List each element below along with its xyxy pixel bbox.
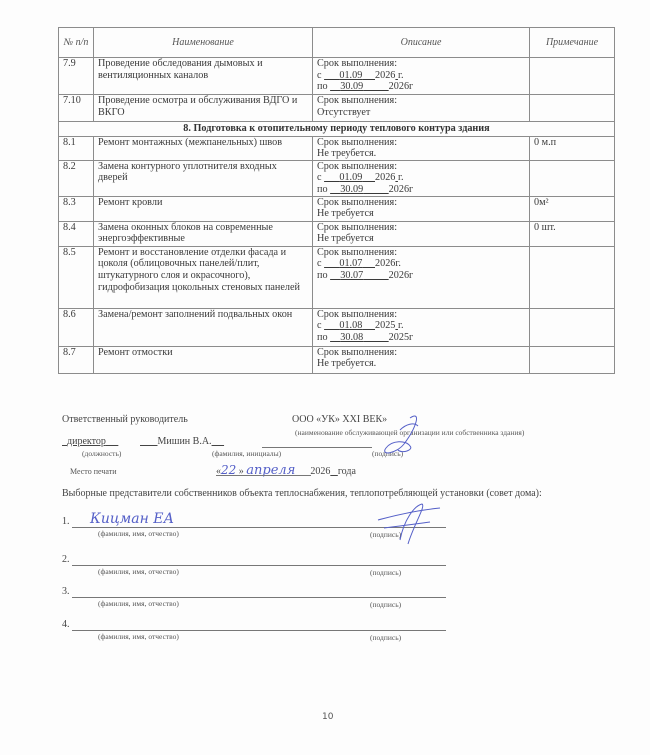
deadline-label: Срок выполнения: xyxy=(317,222,525,234)
table-header-row: № п/п Наименование Описание Примечание xyxy=(59,28,615,58)
section-row: 8. Подготовка к отопительному периоду те… xyxy=(59,122,615,137)
header-note: Примечание xyxy=(530,28,615,58)
row-description: Срок выполнения:с 01.09 2026 г.по 30.09 … xyxy=(313,160,530,196)
member-name-caption: (фамилия, имя, отчество) xyxy=(98,599,179,608)
member-name-line xyxy=(72,630,344,631)
row-number: 8.5 xyxy=(59,246,94,308)
table-row: 8.3Ремонт кровлиСрок выполнения:Не требу… xyxy=(59,196,615,221)
row-note xyxy=(530,308,615,346)
table-row: 7.9Проведение обследования дымовых и вен… xyxy=(59,58,615,95)
deadline-label: Срок выполнения: xyxy=(317,161,525,173)
table-row: 8.4Замена оконных блоков на современные … xyxy=(59,221,615,246)
deadline-text: Отсутствует xyxy=(317,107,525,119)
deadline-to: по 30.09 2026г xyxy=(317,184,525,196)
member-signature-line xyxy=(342,565,446,566)
header-description: Описание xyxy=(313,28,530,58)
council-signature-icon xyxy=(370,500,450,550)
position-value: директор xyxy=(62,436,118,447)
member-index: 2. xyxy=(62,554,70,565)
name-caption: (фамилия, инициалы) xyxy=(212,449,281,458)
member-signature-line xyxy=(342,630,446,631)
row-number: 8.6 xyxy=(59,308,94,346)
table-row: 8.1Ремонт монтажных (межпанельных) швовС… xyxy=(59,136,615,160)
row-description: Срок выполнения:с 01.08 2025 г.по 30.08 … xyxy=(313,308,530,346)
row-number: 8.1 xyxy=(59,136,94,160)
row-number: 8.3 xyxy=(59,196,94,221)
member-signature-caption: (подпись) xyxy=(370,568,401,577)
manager-name: Мишин В.А. xyxy=(140,436,224,447)
row-name: Ремонт кровли xyxy=(94,196,313,221)
row-note xyxy=(530,346,615,373)
table-row: 8.6Замена/ремонт заполнений подвальных о… xyxy=(59,308,615,346)
row-number: 8.4 xyxy=(59,221,94,246)
row-note xyxy=(530,160,615,196)
stamp-label: Место печати xyxy=(70,467,116,476)
row-name: Замена/ремонт заполнений подвальных окон xyxy=(94,308,313,346)
table-body: 7.9Проведение обследования дымовых и вен… xyxy=(59,58,615,374)
row-note xyxy=(530,95,615,122)
deadline-label: Срок выполнения: xyxy=(317,95,525,107)
deadline-to: по 30.09 2026г xyxy=(317,81,525,93)
member-index: 3. xyxy=(62,586,70,597)
works-table: № п/п Наименование Описание Примечание 7… xyxy=(58,27,615,374)
deadline-text: Не требуется. xyxy=(317,358,525,370)
row-description: Срок выполнения:Не треубется. xyxy=(313,136,530,160)
deadline-label: Срок выполнения: xyxy=(317,309,525,321)
member-signature-caption: (подпись) xyxy=(370,600,401,609)
row-description: Срок выполнения:с 01.09 2026 г.по 30.09 … xyxy=(313,58,530,95)
deadline-label: Срок выполнения: xyxy=(317,347,525,359)
deadline-from: с 01.08 2025 г. xyxy=(317,320,525,332)
member-name: Кицман ЕА xyxy=(90,511,174,527)
responsible-label: Ответственный руководитель xyxy=(62,414,188,425)
section-title: 8. Подготовка к отопительному периоду те… xyxy=(59,122,615,137)
row-name: Ремонт и восстановление отделки фасада и… xyxy=(94,246,313,308)
header-name: Наименование xyxy=(94,28,313,58)
row-description: Срок выполнения:Не требуется xyxy=(313,221,530,246)
page-number: 10 xyxy=(322,712,333,722)
row-note xyxy=(530,58,615,95)
row-name: Замена контурного уплотнителя входных дв… xyxy=(94,160,313,196)
council-intro: Выборные представители собственников объ… xyxy=(62,488,604,500)
manager-signature-icon xyxy=(370,410,440,460)
table-row: 8.5Ремонт и восстановление отделки фасад… xyxy=(59,246,615,308)
deadline-text: Не требуется xyxy=(317,233,525,245)
deadline-label: Срок выполнения: xyxy=(317,58,525,70)
member-signature-line xyxy=(342,597,446,598)
deadline-text: Не треубется. xyxy=(317,148,525,160)
member-name-line xyxy=(72,597,344,598)
member-index: 4. xyxy=(62,619,70,630)
deadline-label: Срок выполнения: xyxy=(317,197,525,209)
deadline-from: с 01.07 2026г. xyxy=(317,258,525,270)
member-name-caption: (фамилия, имя, отчество) xyxy=(98,567,179,576)
manager-signature-line xyxy=(262,447,372,448)
row-number: 7.10 xyxy=(59,95,94,122)
member-name-line xyxy=(72,565,344,566)
header-num: № п/п xyxy=(59,28,94,58)
row-description: Срок выполнения:Не требуется. xyxy=(313,346,530,373)
row-note: 0м² xyxy=(530,196,615,221)
row-description: Срок выполнения:Отсутствует xyxy=(313,95,530,122)
deadline-from: с 01.09 2026 г. xyxy=(317,172,525,184)
deadline-to: по 30.08 2025г xyxy=(317,332,525,344)
row-name: Проведение обследования дымовых и вентил… xyxy=(94,58,313,95)
row-number: 8.2 xyxy=(59,160,94,196)
row-name: Замена оконных блоков на современные эне… xyxy=(94,221,313,246)
deadline-to: по 30.07 2026г xyxy=(317,270,525,282)
member-index: 1. xyxy=(62,516,70,527)
row-description: Срок выполнения:с 01.07 2026г.по 30.07 2… xyxy=(313,246,530,308)
row-number: 7.9 xyxy=(59,58,94,95)
table-row: 8.2Замена контурного уплотнителя входных… xyxy=(59,160,615,196)
deadline-from: с 01.09 2026 г. xyxy=(317,70,525,82)
member-name-caption: (фамилия, имя, отчество) xyxy=(98,529,179,538)
member-signature-caption: (подпись) xyxy=(370,633,401,642)
member-name-line xyxy=(72,527,344,528)
row-name: Ремонт монтажных (межпанельных) швов xyxy=(94,136,313,160)
position-caption: (должность) xyxy=(82,449,121,458)
row-description: Срок выполнения:Не требуется xyxy=(313,196,530,221)
deadline-label: Срок выполнения: xyxy=(317,137,525,149)
deadline-label: Срок выполнения: xyxy=(317,247,525,259)
row-note: 0 м.п xyxy=(530,136,615,160)
row-note: 0 шт. xyxy=(530,221,615,246)
deadline-text: Не требуется xyxy=(317,208,525,220)
document-page: № п/п Наименование Описание Примечание 7… xyxy=(0,0,650,755)
row-name: Проведение осмотра и обслуживания ВДГО и… xyxy=(94,95,313,122)
date-underline xyxy=(216,475,311,476)
row-number: 8.7 xyxy=(59,346,94,373)
row-name: Ремонт отмостки xyxy=(94,346,313,373)
member-name-caption: (фамилия, имя, отчество) xyxy=(98,632,179,641)
table-row: 7.10Проведение осмотра и обслуживания ВД… xyxy=(59,95,615,122)
table-row: 8.7Ремонт отмосткиСрок выполнения:Не тре… xyxy=(59,346,615,373)
row-note xyxy=(530,246,615,308)
